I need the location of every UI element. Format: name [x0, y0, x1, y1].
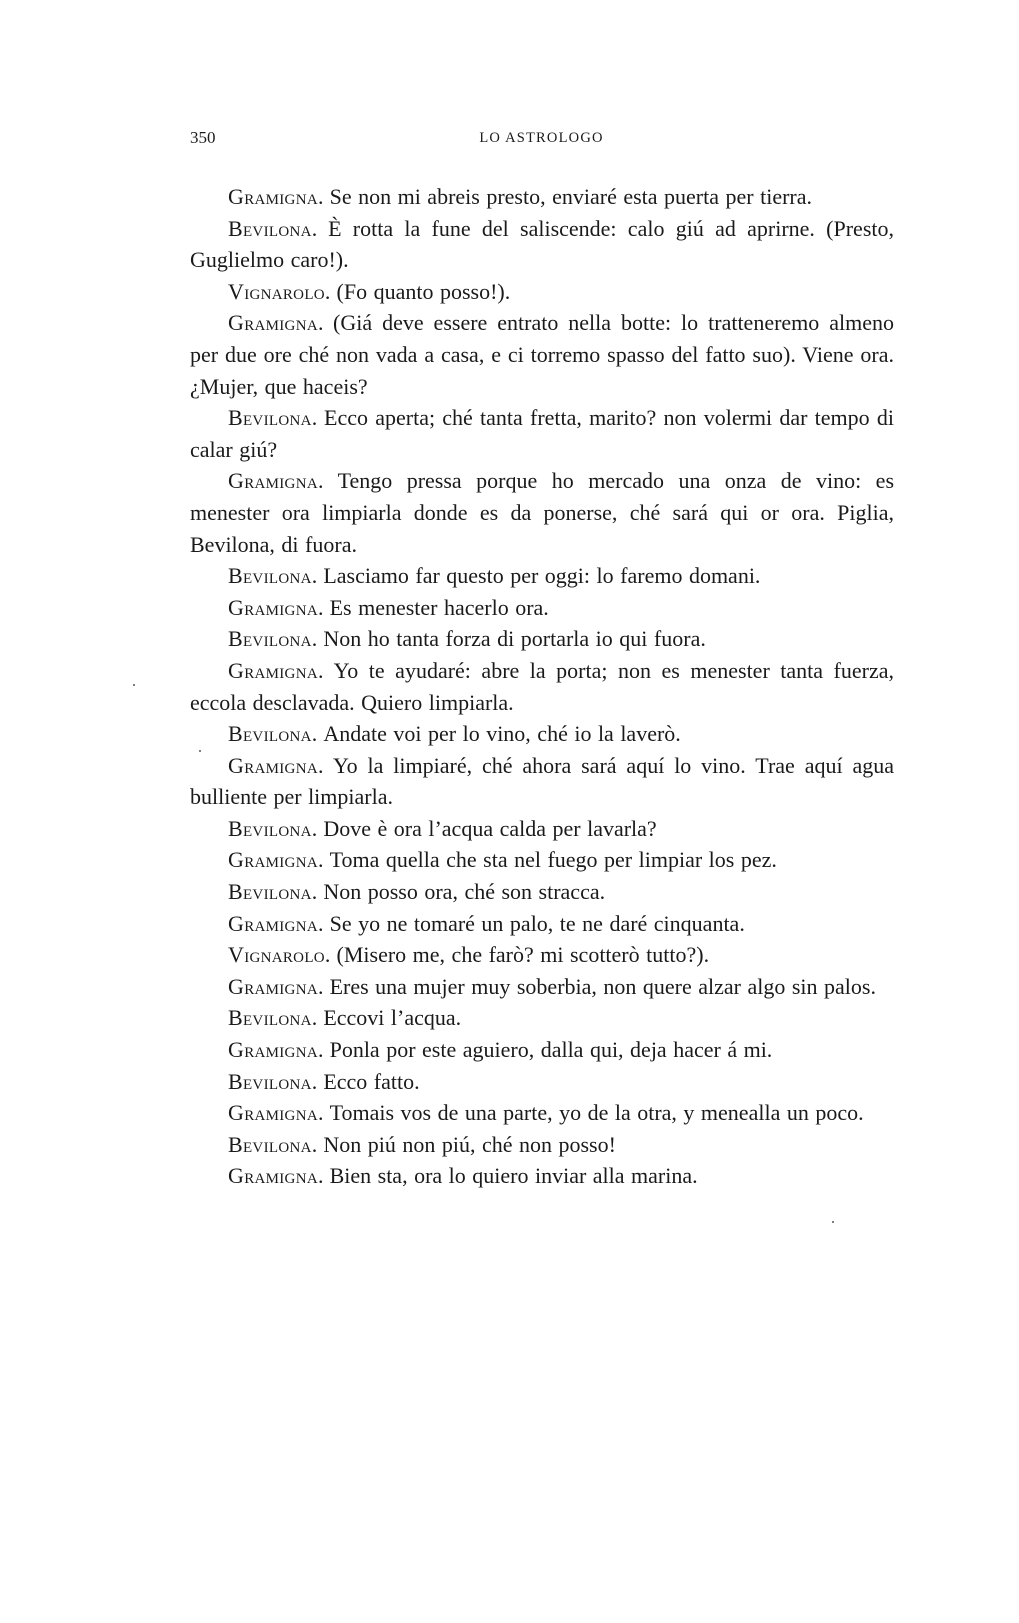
speaker-name: Gramigna.: [228, 1037, 330, 1062]
speaker-name: Gramigna.: [228, 974, 330, 999]
speaker-name: Bevilona.: [228, 879, 323, 904]
dialogue-paragraph: Gramigna.Tomais vos de una parte, yo de …: [190, 1097, 894, 1129]
speaker-name: Bevilona.: [228, 405, 324, 430]
dialogue-paragraph: Vignarolo.(Misero me, che farò? mi scott…: [190, 939, 894, 971]
dialogue-paragraph: Bevilona.È rotta la fune del saliscende:…: [190, 213, 894, 276]
speech-text: Non posso ora, ché son stracca.: [323, 879, 605, 904]
dialogue-paragraph: Bevilona.Non posso ora, ché son stracca.: [190, 876, 894, 908]
scan-speck: [133, 684, 135, 686]
page-header: 350 LO ASTROLOGO: [190, 128, 893, 154]
speech-text: Se non mi abreis presto, enviaré esta pu…: [330, 184, 812, 209]
running-title: LO ASTROLOGO: [190, 130, 893, 147]
speech-text: Tomais vos de una parte, yo de la otra, …: [330, 1100, 864, 1125]
dialogue-paragraph: Bevilona.Ecco fatto.: [190, 1066, 894, 1098]
speaker-name: Gramigna.: [228, 1163, 330, 1188]
speaker-name: Gramigna.: [228, 911, 330, 936]
speaker-name: Bevilona.: [228, 216, 328, 241]
speech-text: Non ho tanta forza di portarla io qui fu…: [323, 626, 705, 651]
dialogue-paragraph: Gramigna.(Giá deve essere entrato nella …: [190, 307, 894, 402]
scan-speck: [199, 750, 201, 752]
speaker-name: Gramigna.: [228, 310, 333, 335]
dialogue-paragraph: Gramigna.Bien sta, ora lo quiero inviar …: [190, 1160, 894, 1192]
dialogue-paragraph: Gramigna.Yo la limpiaré, ché ahora sará …: [190, 750, 894, 813]
text-body: Gramigna.Se non mi abreis presto, enviar…: [190, 181, 894, 1192]
speaker-name: Gramigna.: [228, 1100, 330, 1125]
dialogue-paragraph: Bevilona.Non piú non piú, ché non posso!: [190, 1129, 894, 1161]
speech-text: Dove è ora l’acqua calda per lavarla?: [323, 816, 656, 841]
scan-speck: [832, 1221, 834, 1223]
dialogue-paragraph: Bevilona.Andate voi per lo vino, ché io …: [190, 718, 894, 750]
speaker-name: Bevilona.: [228, 626, 323, 651]
speaker-name: Vignarolo.: [228, 942, 337, 967]
dialogue-paragraph: Bevilona.Lasciamo far questo per oggi: l…: [190, 560, 894, 592]
speech-text: Non piú non piú, ché non posso!: [323, 1132, 616, 1157]
speech-text: Toma quella che sta nel fuego per limpia…: [330, 847, 777, 872]
dialogue-paragraph: Gramigna.Toma quella che sta nel fuego p…: [190, 844, 894, 876]
speaker-name: Gramigna.: [228, 595, 330, 620]
dialogue-paragraph: Gramigna.Se non mi abreis presto, enviar…: [190, 181, 894, 213]
speech-text: (Misero me, che farò? mi scotterò tutto?…: [337, 942, 710, 967]
speech-text: Lasciamo far questo per oggi: lo faremo …: [323, 563, 760, 588]
speaker-name: Bevilona.: [228, 1069, 323, 1094]
speech-text: Bien sta, ora lo quiero inviar alla mari…: [330, 1163, 698, 1188]
speech-text: Eres una mujer muy soberbia, non quere a…: [330, 974, 876, 999]
dialogue-paragraph: Vignarolo.(Fo quanto posso!).: [190, 276, 894, 308]
speech-text: Ecco fatto.: [323, 1069, 419, 1094]
speech-text: Se yo ne tomaré un palo, te ne daré cinq…: [330, 911, 745, 936]
speaker-name: Vignarolo.: [228, 279, 337, 304]
speech-text: Es menester hacerlo ora.: [330, 595, 549, 620]
speaker-name: Gramigna.: [228, 753, 333, 778]
speech-text: (Fo quanto posso!).: [337, 279, 511, 304]
dialogue-paragraph: Bevilona.Eccovi l’acqua.: [190, 1002, 894, 1034]
speaker-name: Bevilona.: [228, 816, 323, 841]
speech-text: Andate voi per lo vino, ché io la laverò…: [323, 721, 680, 746]
speaker-name: Bevilona.: [228, 721, 323, 746]
dialogue-paragraph: Bevilona.Non ho tanta forza di portarla …: [190, 623, 894, 655]
speaker-name: Gramigna.: [228, 847, 330, 872]
dialogue-paragraph: Gramigna.Se yo ne tomaré un palo, te ne …: [190, 908, 894, 940]
dialogue-paragraph: Bevilona.Ecco aperta; ché tanta fretta, …: [190, 402, 894, 465]
dialogue-paragraph: Gramigna.Yo te ayudaré: abre la porta; n…: [190, 655, 894, 718]
speech-text: Eccovi l’acqua.: [323, 1005, 461, 1030]
speaker-name: Bevilona.: [228, 563, 323, 588]
dialogue-paragraph: Bevilona.Dove è ora l’acqua calda per la…: [190, 813, 894, 845]
speaker-name: Gramigna.: [228, 468, 338, 493]
dialogue-paragraph: Gramigna.Ponla por este aguiero, dalla q…: [190, 1034, 894, 1066]
dialogue-paragraph: Gramigna.Tengo pressa porque ho mercado …: [190, 465, 894, 560]
speech-text: Ponla por este aguiero, dalla qui, deja …: [330, 1037, 773, 1062]
dialogue-paragraph: Gramigna.Es menester hacerlo ora.: [190, 592, 894, 624]
speaker-name: Bevilona.: [228, 1005, 323, 1030]
speaker-name: Gramigna.: [228, 184, 330, 209]
speaker-name: Bevilona.: [228, 1132, 323, 1157]
speaker-name: Gramigna.: [228, 658, 334, 683]
dialogue-paragraph: Gramigna.Eres una mujer muy soberbia, no…: [190, 971, 894, 1003]
